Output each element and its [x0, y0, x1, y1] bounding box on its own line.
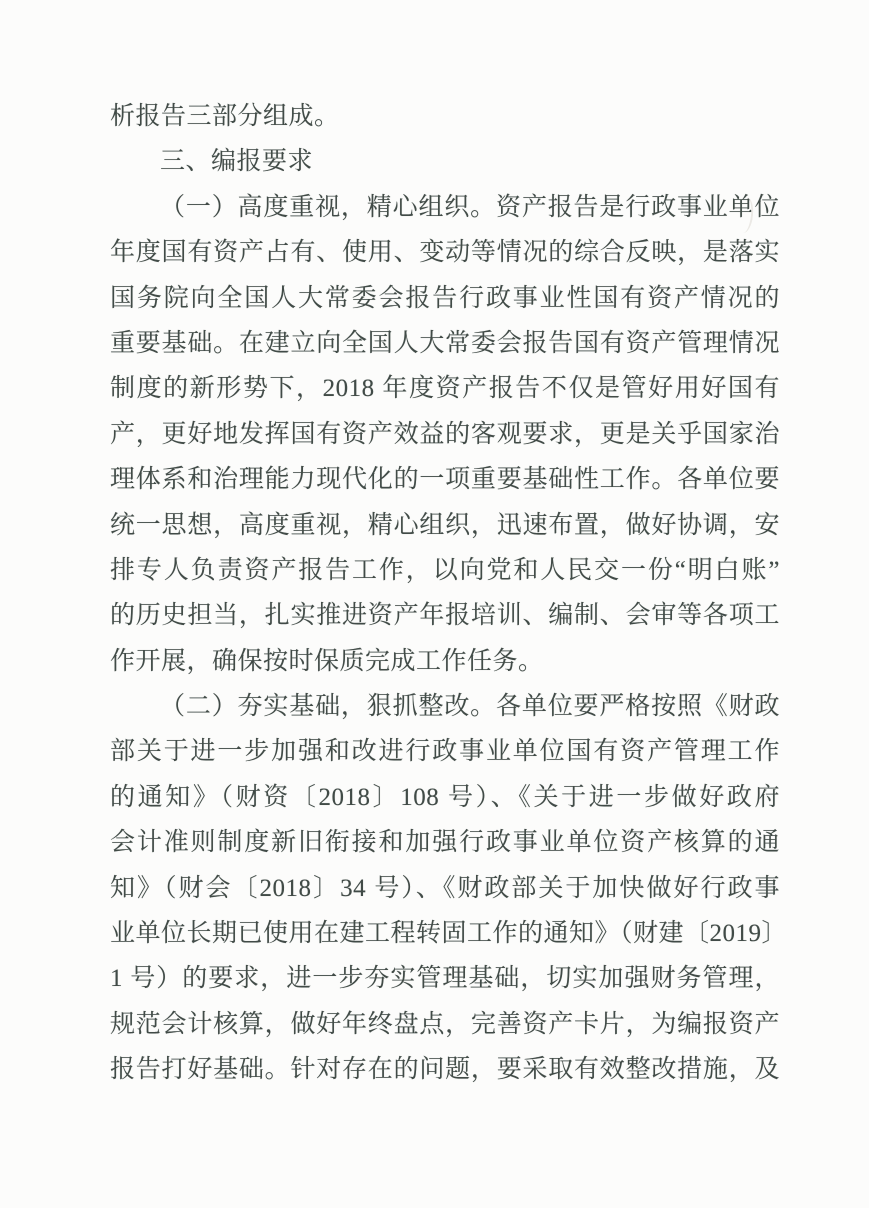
text-line: 规范会计核算，做好年终盘点，完善资产卡片，为编报资产 — [110, 1002, 780, 1047]
scanned-document-page: 析报告三部分组成。三、编报要求（一）高度重视，精心组织。资产报告是行政事业单位年… — [0, 0, 869, 1208]
text-line: 国务院向全国人大常委会报告行政事业性国有资产情况的 — [110, 276, 780, 321]
text-line: 知》（财会〔2018〕34 号）、《财政部关于加快做好行政事 — [110, 866, 780, 911]
document-body: 析报告三部分组成。三、编报要求（一）高度重视，精心组织。资产报告是行政事业单位年… — [110, 94, 780, 1093]
text-line: 产，更好地发挥国有资产效益的客观要求，更是关乎国家治 — [110, 412, 780, 457]
text-line: （一）高度重视，精心组织。资产报告是行政事业单位 — [110, 185, 780, 230]
text-line: 的通知》（财资〔2018〕108 号）、《关于进一步做好政府 — [110, 775, 780, 820]
text-line: 重要基础。在建立向全国人大常委会报告国有资产管理情况 — [110, 321, 780, 366]
text-line: 的历史担当，扎实推进资产年报培训、编制、会审等各项工 — [110, 593, 780, 638]
text-line: 业单位长期已使用在建工程转固工作的通知》（财建〔2019〕 — [110, 911, 780, 956]
text-line: 制度的新形势下，2018 年度资产报告不仅是管好用好国有资 — [110, 366, 780, 411]
text-line: 统一思想，高度重视，精心组织，迅速布置，做好协调，安 — [110, 503, 780, 548]
text-line: 作开展，确保按时保质完成工作任务。 — [110, 639, 780, 684]
text-line: （二）夯实基础，狠抓整改。各单位要严格按照《财政 — [110, 684, 780, 729]
section-heading: 三、编报要求 — [110, 139, 780, 184]
text-line: 析报告三部分组成。 — [110, 94, 780, 139]
text-line: 排专人负责资产报告工作，以向党和人民交一份“明白账” — [110, 548, 780, 593]
text-line: 1 号）的要求，进一步夯实管理基础，切实加强财务管理， — [110, 956, 780, 1001]
text-line: 理体系和治理能力现代化的一项重要基础性工作。各单位要 — [110, 457, 780, 502]
text-line: 年度国有资产占有、使用、变动等情况的综合反映，是落实 — [110, 230, 780, 275]
text-line: 会计准则制度新旧衔接和加强行政事业单位资产核算的通 — [110, 820, 780, 865]
text-line: 部关于进一步加强和改进行政事业单位国有资产管理工作 — [110, 729, 780, 774]
text-line: 报告打好基础。针对存在的问题，要采取有效整改措施，及 — [110, 1047, 780, 1092]
